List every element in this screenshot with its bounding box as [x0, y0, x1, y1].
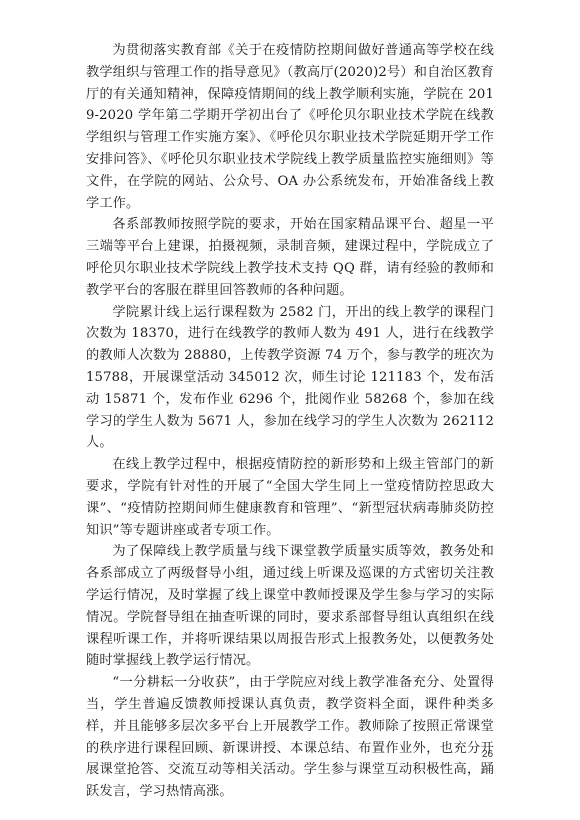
- paragraph-statistics: 学院累计线上运行课程数为 2582 门，开出的线上教学的课程门次数为 18370…: [86, 302, 494, 455]
- paragraph-special-lectures: 在线上教学过程中，根据疫情防控的新形势和上级主管部门的新要求，学院有针对性的开展…: [86, 454, 494, 541]
- page-number: 26: [482, 749, 493, 760]
- paragraph-quality-supervision: 为了保障线上教学质量与线下课堂教学质量实质等效，教务处和各系部成立了两级督导小组…: [86, 541, 494, 672]
- paragraph-outcomes: “一分耕耘一分收获”，由于学院应对线上教学准备充分、处置得当，学生普遍反馈教师授…: [86, 672, 494, 803]
- document-body: 为贯彻落实教育部《关于在疫情防控期间做好普通高等学校在线教学组织与管理工作的指导…: [86, 40, 494, 803]
- paragraph-policy-background: 为贯彻落实教育部《关于在疫情防控期间做好普通高等学校在线教学组织与管理工作的指导…: [86, 40, 494, 214]
- paragraph-course-building: 各系部教师按照学院的要求，开始在国家精品课平台、超星一平三端等平台上建课，拍摄视…: [86, 214, 494, 301]
